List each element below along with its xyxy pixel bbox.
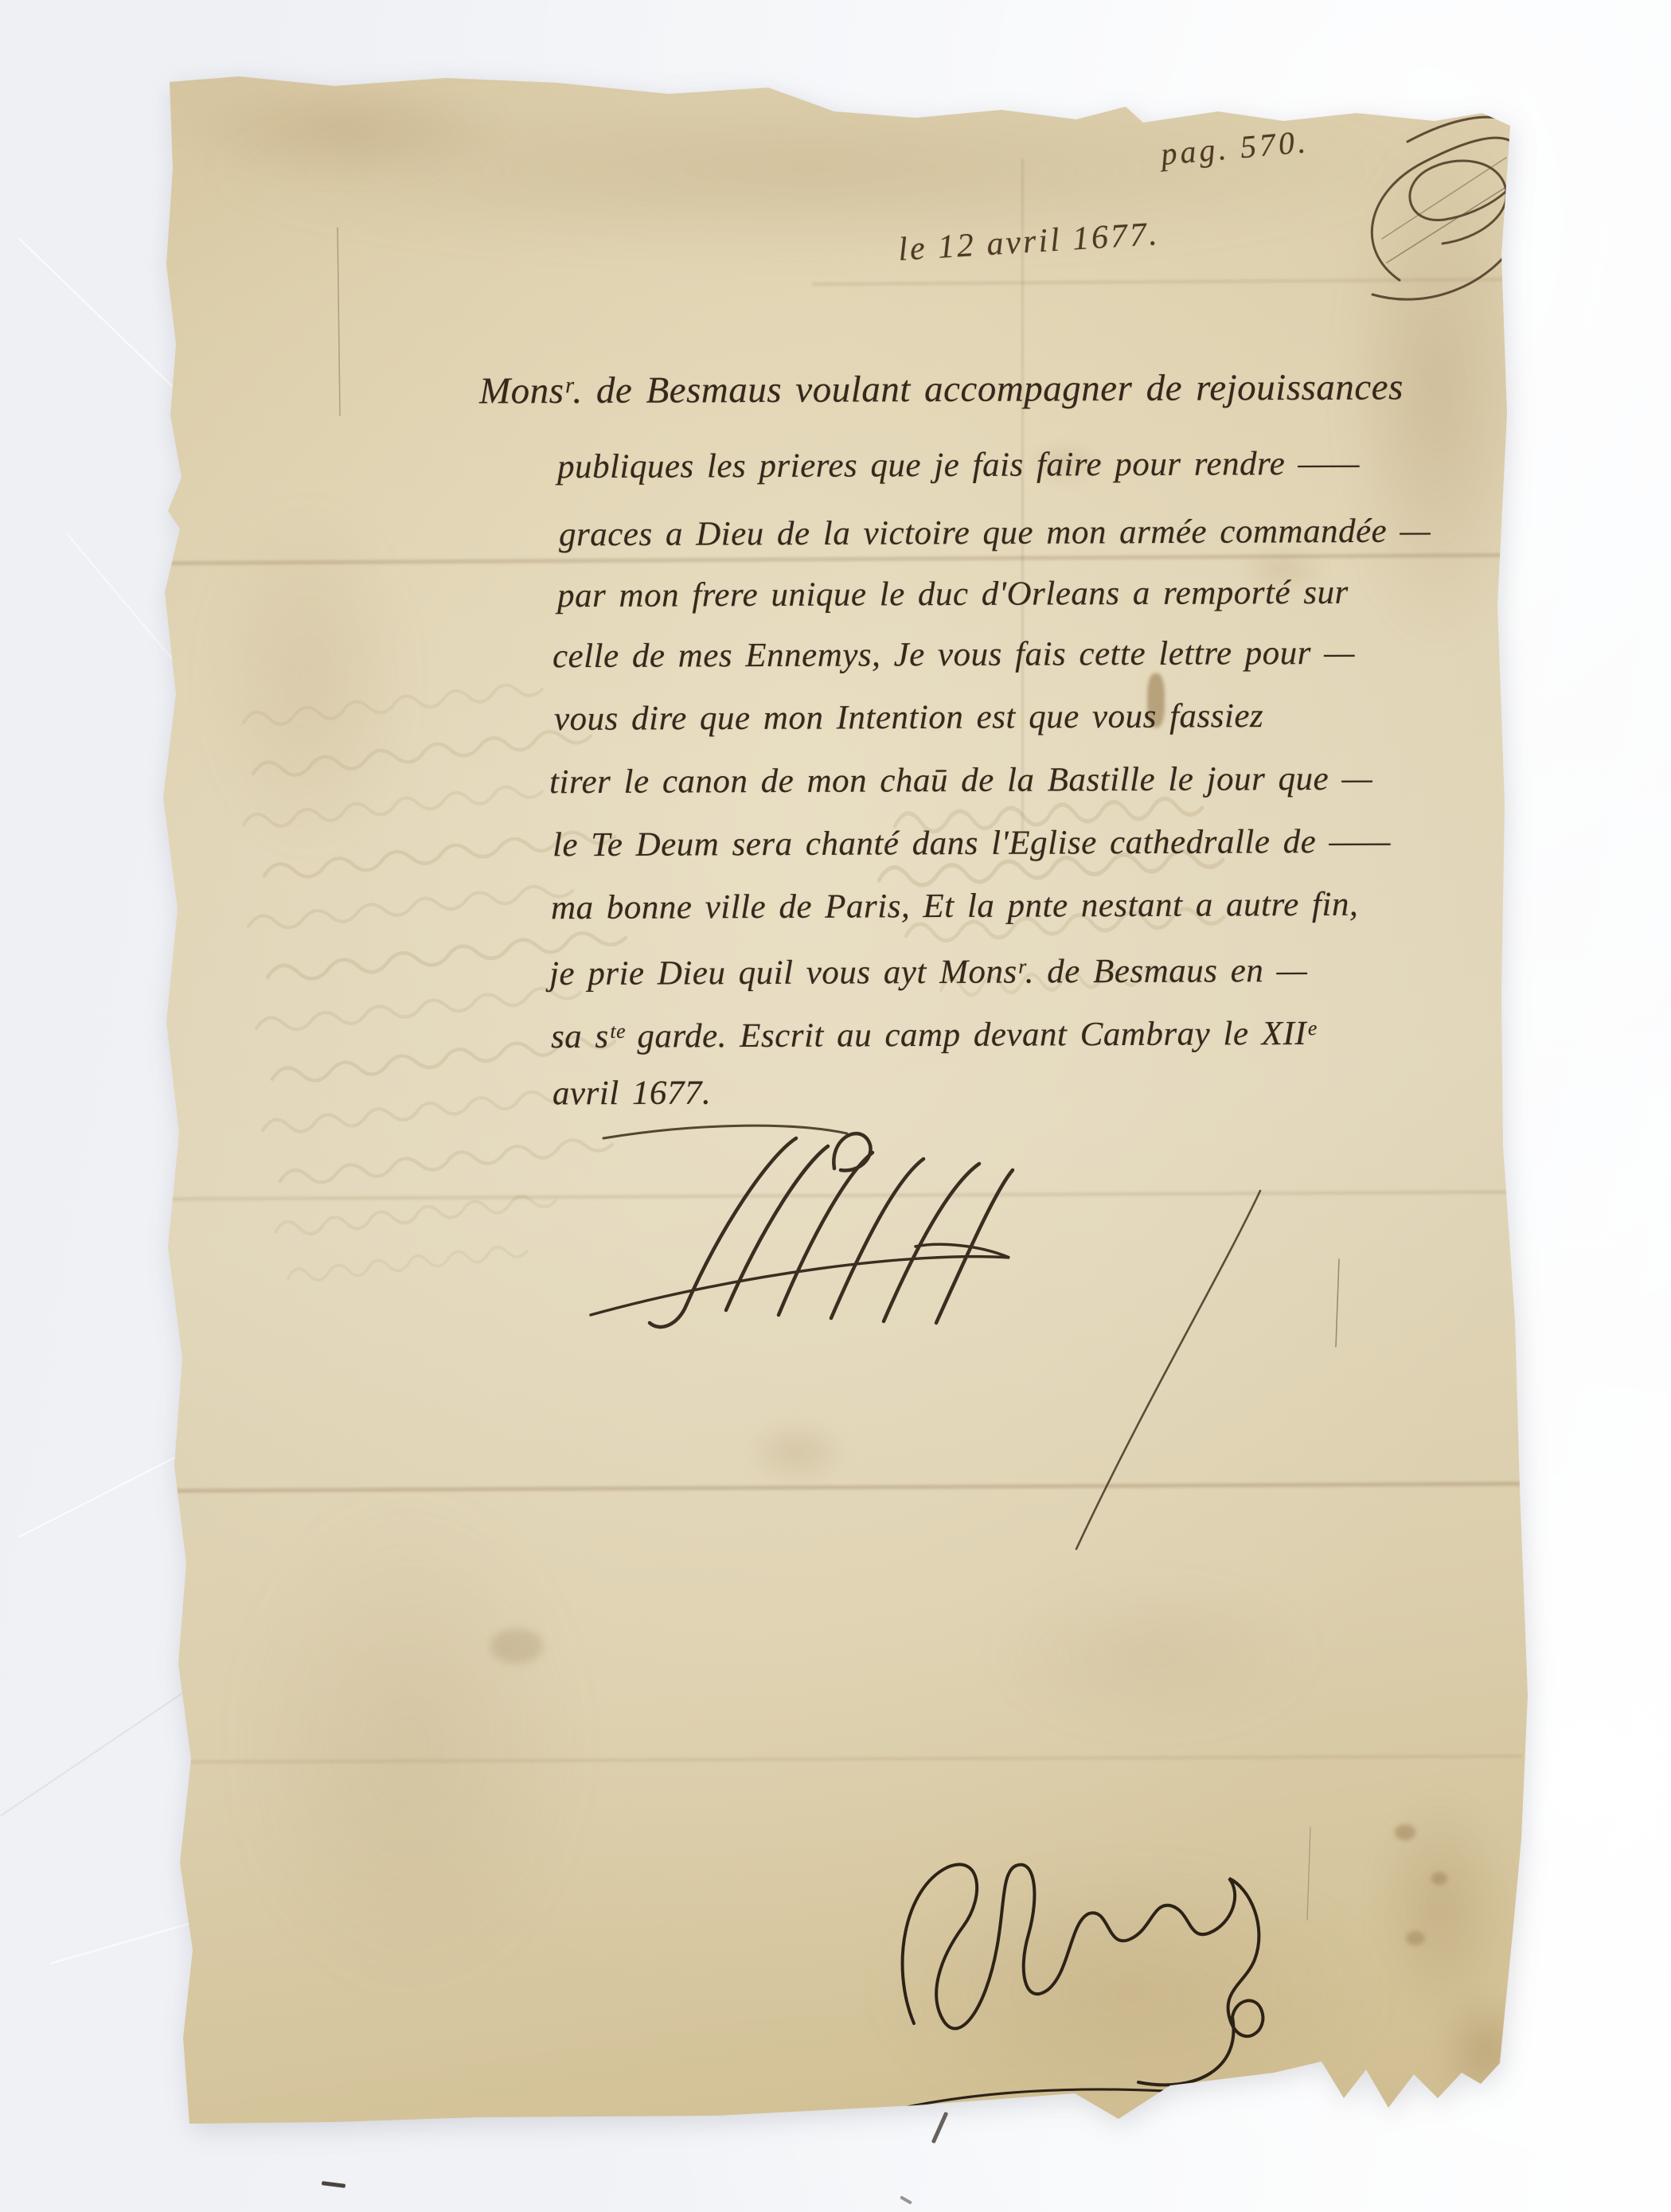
stray-pen-strokes bbox=[0, 0, 1671, 2212]
photograph-of-manuscript-letter: pag. 570. le 12 avril 1677. Monsʳ. de Be… bbox=[0, 0, 1671, 2212]
paper-sheet-wrapper: pag. 570. le 12 avril 1677. Monsʳ. de Be… bbox=[0, 0, 1671, 2212]
aged-paper-sheet: pag. 570. le 12 avril 1677. Monsʳ. de Be… bbox=[0, 0, 1671, 2212]
